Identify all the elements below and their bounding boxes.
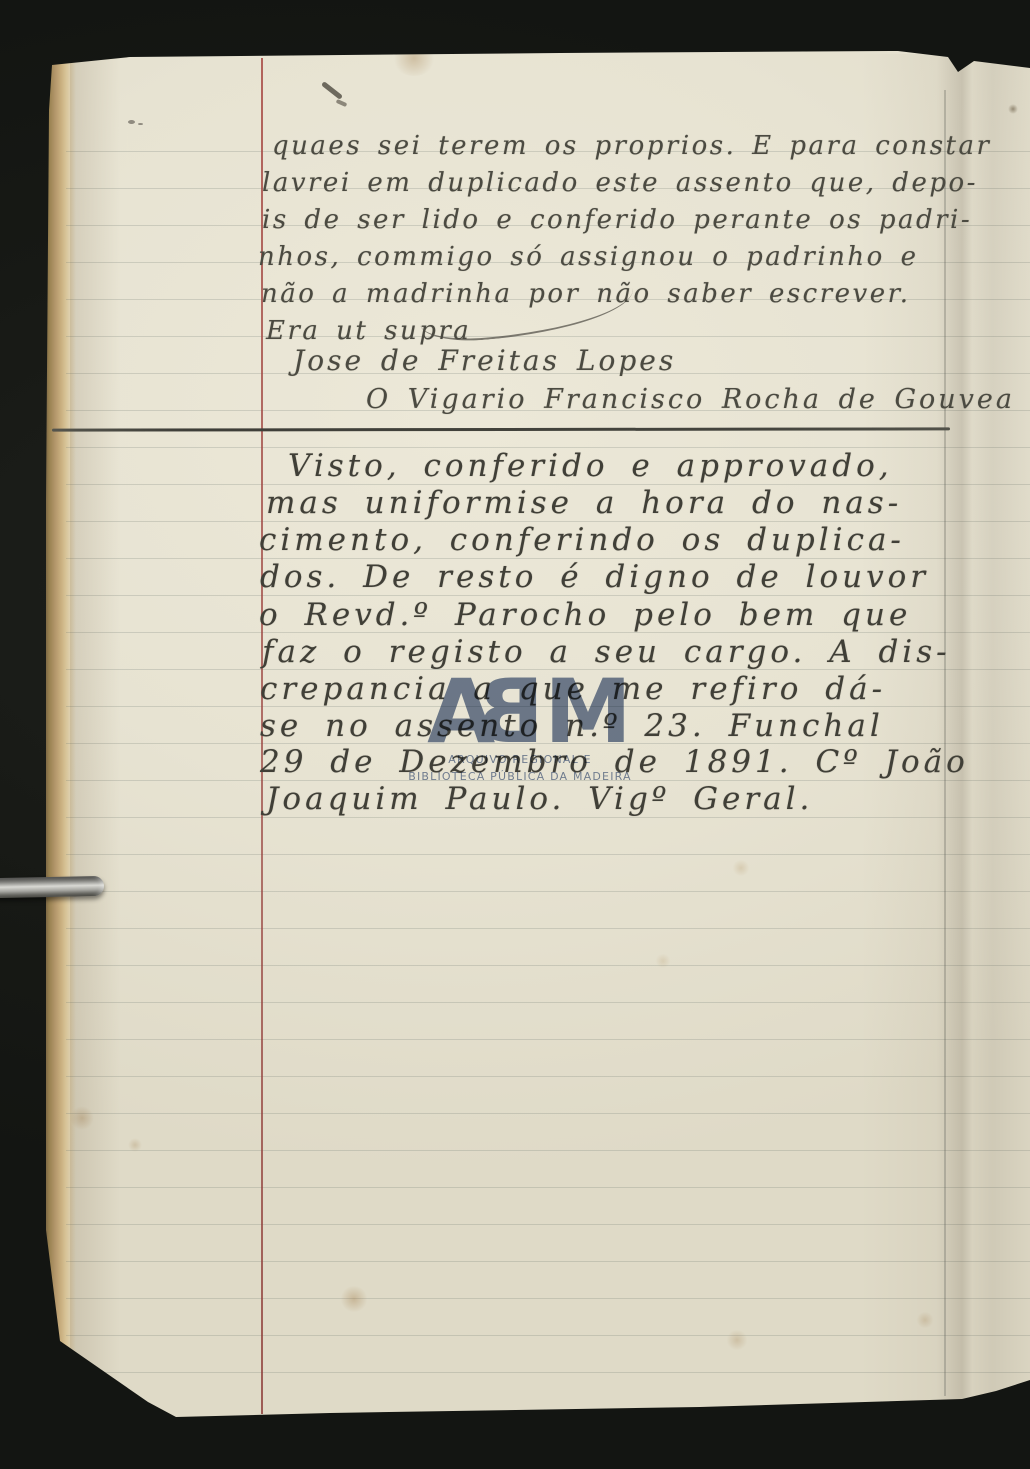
signature-line: Jose de Freitas Lopes (293, 344, 676, 377)
manuscript-line: dos. De resto é digno de louvor (260, 559, 929, 595)
signature-line: O Vigario Francisco Rocha de Gouvea (366, 384, 1015, 415)
register-page: quaes sei terem os proprios. E para cons… (0, 0, 1030, 1469)
manuscript-line: is de ser lido e conferido perante os pa… (262, 205, 972, 235)
watermark-caption-line2: BIBLIOTECA PÚBLICA DA MADEIRA (355, 768, 685, 785)
stain (1008, 104, 1018, 114)
ink-spatter (128, 120, 135, 124)
watermark-letter-b: B (486, 668, 544, 756)
manuscript-line: lavrei em duplicado este assento que, de… (262, 168, 978, 198)
metal-bookmark-pointer (0, 876, 104, 898)
manuscript-line: quaes sei terem os proprios. E para cons… (272, 131, 991, 161)
watermark-letter-m: M (544, 660, 623, 763)
manuscript-line: nhos, commigo só assignou o padrinho e (258, 242, 918, 272)
archive-scan: quaes sei terem os proprios. E para cons… (0, 0, 1030, 1469)
stain (392, 40, 436, 76)
stain (962, 0, 1014, 44)
manuscript-line: mas uniformise a hora do nas- (266, 485, 902, 521)
watermark-caption-line1: ARQUIVO REGIONAL E (355, 751, 685, 768)
manuscript-line: o Revd.º Parocho pelo bem que (259, 597, 911, 633)
manuscript-line: Visto, conferido e approvado, (288, 448, 893, 484)
right-margin-line (944, 90, 946, 1396)
ink-smudge (321, 81, 343, 100)
manuscript-line: Joaquim Paulo. Vigº Geral. (266, 781, 813, 817)
abm-watermark-logo: ABM (420, 668, 630, 756)
abm-watermark-caption: ARQUIVO REGIONAL E BIBLIOTECA PÚBLICA DA… (355, 751, 685, 785)
watermark-letter-a: A (427, 660, 486, 763)
ink-smudge (336, 99, 348, 107)
manuscript-line: cimento, conferindo os duplica- (259, 522, 905, 558)
